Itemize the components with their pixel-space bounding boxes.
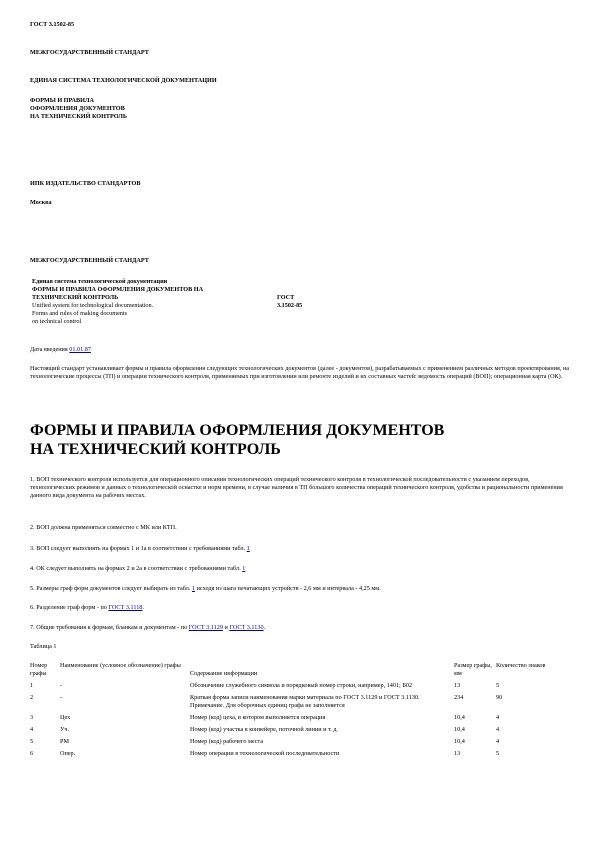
intro-paragraph: Настоящий стандарт устанавливает формы и… xyxy=(30,365,575,381)
cell-name: - xyxy=(60,682,190,694)
gost-block: ГОСТ 3.1502-85 xyxy=(277,294,302,310)
item-2: 2. ВОП должна применяться совместно с МК… xyxy=(30,524,177,532)
cell-size: 10,4 xyxy=(454,738,496,750)
system-label: ЕДИНАЯ СИСТЕМА ТЕХНОЛОГИЧЕСКОЙ ДОКУМЕНТА… xyxy=(30,77,217,85)
introduction-date: Дата введения 01.01.87 xyxy=(30,346,91,354)
cell-name: Цех xyxy=(60,714,190,726)
main-title: ФОРМЫ И ПРАВИЛА ОФОРМЛЕНИЯ ДОКУМЕНТОВ НА… xyxy=(30,421,444,459)
item-5-text-end: исходя из шага печатающих устройств - 2,… xyxy=(195,585,381,592)
item-3-text: 3. ВОП следует выполнять на формах 1 и 1… xyxy=(30,545,247,552)
city: Москва xyxy=(30,199,52,207)
table-row: 1 - Обозначение служебного символа и пор… xyxy=(30,682,546,694)
item-5: 5. Размеры граф форм документов следует … xyxy=(30,585,381,593)
ru-title-line: ТЕХНИЧЕСКИЙ КОНТРОЛЬ xyxy=(32,294,282,302)
title-block-left: Единая система технологической документа… xyxy=(32,278,282,326)
table-row: 6 Опер. Номер операции в технологической… xyxy=(30,750,546,762)
table-row: 3 Цех Номер (код) цеха, в котором выполн… xyxy=(30,714,546,726)
item-6: 6. Разделение граф форм - по ГОСТ 3.1118… xyxy=(30,604,144,612)
cell-size: 13 xyxy=(454,750,496,762)
table-row: 4 Уч. Номер (код) участка в конвейере, п… xyxy=(30,726,546,738)
doc-id: ГОСТ 3.1502-85 xyxy=(30,21,74,29)
cell-content: Номер (код) рабочего места xyxy=(190,738,454,750)
en-title-line: Forms and rules of making documents xyxy=(32,310,282,318)
publisher: ИПК ИЗДАТЕЛЬСТВО СТАНДАРТОВ xyxy=(30,180,140,188)
table-1-link[interactable]: 1 xyxy=(247,545,250,552)
gost-3-1129-link[interactable]: ГОСТ 3.1129 xyxy=(189,624,223,631)
main-title-line: ФОРМЫ И ПРАВИЛА ОФОРМЛЕНИЯ ДОКУМЕНТОВ xyxy=(30,421,444,440)
en-system: Unified system for technological documen… xyxy=(32,302,282,310)
table-caption: Таблица 1 xyxy=(30,643,56,651)
cell-number: 5 xyxy=(30,738,60,750)
cover-title: ФОРМЫ И ПРАВИЛА ОФОРМЛЕНИЯ ДОКУМЕНТОВ НА… xyxy=(30,97,127,121)
interstate-standard-label-2: МЕЖГОСУДАРСТВЕННЫЙ СТАНДАРТ xyxy=(30,257,149,265)
header-cell: Содержание информации xyxy=(190,662,454,682)
cell-chars: 4 xyxy=(496,714,546,726)
cell-content: Номер (код) цеха, в котором выполняется … xyxy=(190,714,454,726)
cell-number: 6 xyxy=(30,750,60,762)
cell-name: - xyxy=(60,694,190,714)
en-title-line: on technical control xyxy=(32,318,282,326)
item-4: 4. ОК следует выполнять на формах 2 и 2а… xyxy=(30,565,245,573)
cell-content: Номер операции в технологической последо… xyxy=(190,750,454,762)
item-7-text: 7. Общие требования к формам, бланкам и … xyxy=(30,624,189,631)
item-3: 3. ВОП следует выполнять на формах 1 и 1… xyxy=(30,545,250,553)
cell-chars: 4 xyxy=(496,726,546,738)
gost-3-1118-link[interactable]: ГОСТ 3.1118 xyxy=(108,604,142,611)
ru-title-line: ФОРМЫ И ПРАВИЛА ОФОРМЛЕНИЯ ДОКУМЕНТОВ НА xyxy=(32,286,282,294)
cover-title-line: НА ТЕХНИЧЕСКИЙ КОНТРОЛЬ xyxy=(30,113,127,121)
date-label: Дата введения xyxy=(30,346,68,353)
cell-chars: 5 xyxy=(496,750,546,762)
cell-content: Номер (код) участка в конвейере, поточно… xyxy=(190,726,454,738)
table-1: Номер графы Наименование (условное обозн… xyxy=(30,662,546,762)
gost-number: 3.1502-85 xyxy=(277,302,302,310)
cell-size: 10,4 xyxy=(454,714,496,726)
item-5-text: 5. Размеры граф форм документов следует … xyxy=(30,585,192,592)
main-title-line: НА ТЕХНИЧЕСКИЙ КОНТРОЛЬ xyxy=(30,440,444,459)
cell-content: Краткая форма записи наименования марки … xyxy=(190,694,454,714)
cell-name: Опер. xyxy=(60,750,190,762)
header-cell: Наименование (условное обозначение) граф… xyxy=(60,662,190,682)
ru-system: Единая система технологической документа… xyxy=(32,278,282,286)
table-header-row: Номер графы Наименование (условное обозн… xyxy=(30,662,546,682)
cell-chars: 5 xyxy=(496,682,546,694)
cell-content: Обозначение служебного символа и порядко… xyxy=(190,682,454,694)
gost-3-1130-link[interactable]: ГОСТ 3.1130 xyxy=(229,624,263,631)
cell-number: 1 xyxy=(30,682,60,694)
header-cell: Размер графы, мм xyxy=(454,662,496,682)
header-cell: Номер графы xyxy=(30,662,60,682)
table-row: 2 - Краткая форма записи наименования ма… xyxy=(30,694,546,714)
gost-label: ГОСТ xyxy=(277,294,302,302)
date-link[interactable]: 01.01.87 xyxy=(69,346,91,353)
cell-chars: 4 xyxy=(496,738,546,750)
cell-number: 2 xyxy=(30,694,60,714)
item-7: 7. Общие требования к формам, бланкам и … xyxy=(30,624,265,632)
cover-title-line: ФОРМЫ И ПРАВИЛА xyxy=(30,97,127,105)
cover-title-line: ОФОРМЛЕНИЯ ДОКУМЕНТОВ xyxy=(30,105,127,113)
cell-number: 4 xyxy=(30,726,60,738)
item-4-text: 4. ОК следует выполнять на формах 2 и 2а… xyxy=(30,565,242,572)
cell-size: 13 xyxy=(454,682,496,694)
cell-name: Уч. xyxy=(60,726,190,738)
table-row: 5 РМ Номер (код) рабочего места 10,4 4 xyxy=(30,738,546,750)
interstate-standard-label: МЕЖГОСУДАРСТВЕННЫЙ СТАНДАРТ xyxy=(30,49,149,57)
table-1-link[interactable]: 1 xyxy=(242,565,245,572)
cell-size: 10,4 xyxy=(454,726,496,738)
cell-size: 234 xyxy=(454,694,496,714)
item-6-text: 6. Разделение граф форм - по xyxy=(30,604,108,611)
cell-chars: 90 xyxy=(496,694,546,714)
header-cell: Количество знаков xyxy=(496,662,546,682)
item-1: 1. ВОП технического контроля используетс… xyxy=(30,476,575,500)
cell-number: 3 xyxy=(30,714,60,726)
cell-name: РМ xyxy=(60,738,190,750)
